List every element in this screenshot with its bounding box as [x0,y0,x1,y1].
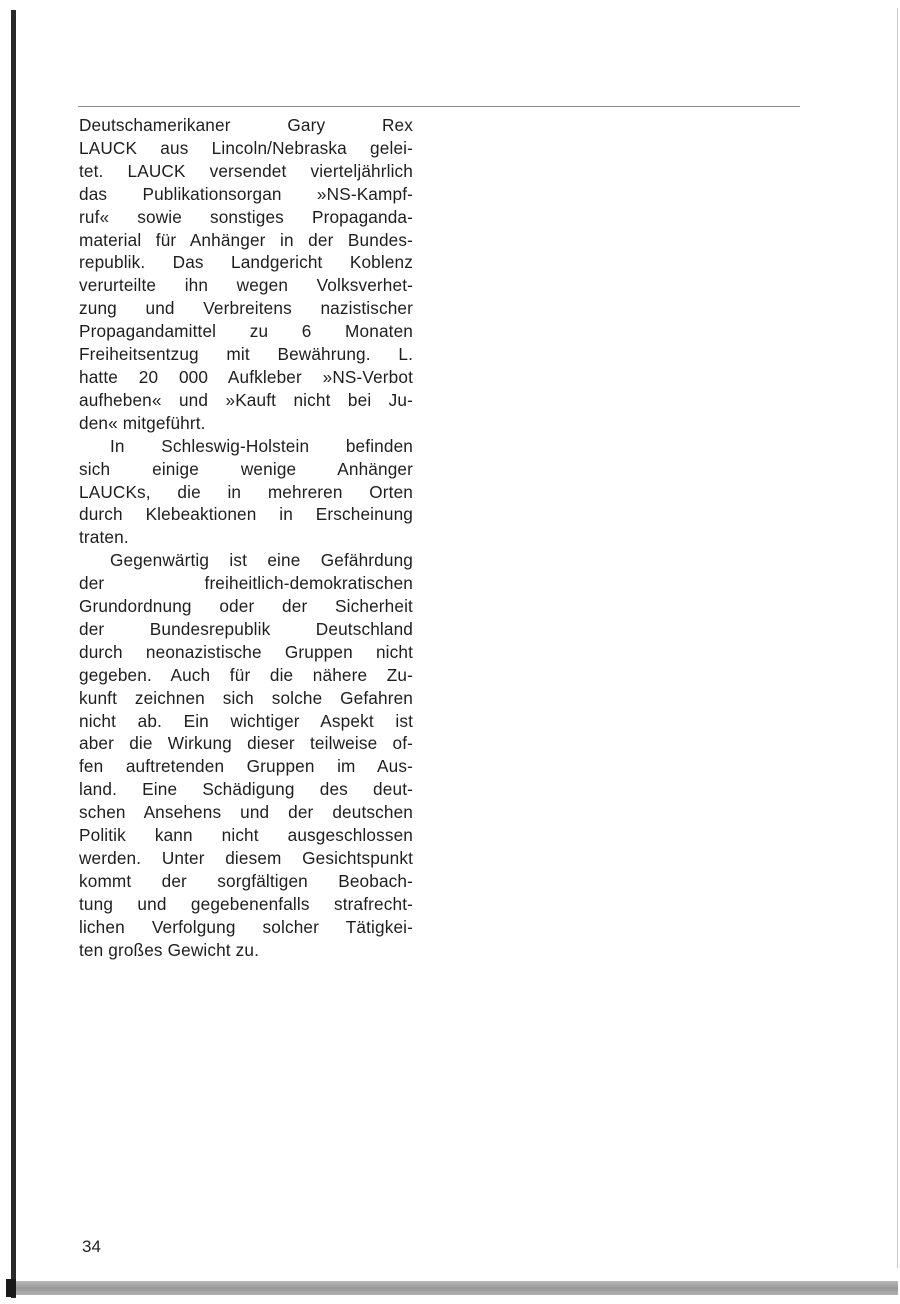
text-line: werden. Unter diesem Gesichtspunkt [79,847,413,870]
text-line: durch neonazistische Gruppen nicht [79,641,413,664]
text-line: hatte 20 000 Aufkleber »NS-Verbot [79,366,413,389]
text-line: tung und gegebenenfalls strafrecht- [79,893,413,916]
page-right-edge [897,8,898,1268]
text-line: schen Ansehens und der deutschen [79,801,413,824]
text-column: Deutschamerikaner Gary Rex LAUCK aus Lin… [79,114,413,962]
text-line: ruf« sowie sonstiges Propaganda- [79,206,413,229]
text-line: der freiheitlich-demokratischen [79,572,413,595]
text-line: verurteilte ihn wegen Volksverhet- [79,274,413,297]
text-line: zung und Verbreitens nazistischer [79,297,413,320]
text-line: lichen Verfolgung solcher Tätigkei- [79,916,413,939]
text-line: republik. Das Landgericht Koblenz [79,251,413,274]
text-line: Propagandamittel zu 6 Monaten [79,320,413,343]
text-line: gegeben. Auch für die nähere Zu- [79,664,413,687]
text-line: material für Anhänger in der Bundes- [79,229,413,252]
page-binding-edge [11,10,16,1298]
text-line: Gegenwärtig ist eine Gefährdung [79,549,413,572]
header-rule [78,106,800,107]
text-line: fen auftretenden Gruppen im Aus- [79,755,413,778]
paragraph-assessment: Gegenwärtig ist eine Gefährdung der frei… [79,549,413,961]
text-line: Freiheitsentzug mit Bewährung. L. [79,343,413,366]
text-line: aber die Wirkung dieser teilweise of- [79,732,413,755]
text-line: Grundordnung oder der Sicherheit [79,595,413,618]
text-line: land. Eine Schädigung des deut- [79,778,413,801]
paragraph-schleswig-holstein: In Schleswig-Holstein befinden sich eini… [79,435,413,550]
page-number: 34 [82,1237,101,1257]
text-line: den« mitgeführt. [79,412,413,435]
text-line: der Bundesrepublik Deutschland [79,618,413,641]
text-line: Politik kann nicht ausgeschlossen [79,824,413,847]
paragraph-lauck: Deutschamerikaner Gary Rex LAUCK aus Lin… [79,114,413,435]
text-line: LAUCKs, die in mehreren Orten [79,481,413,504]
text-line: sich einige wenige Anhänger [79,458,413,481]
page-bottom-edge [6,1281,898,1295]
text-line: kommt der sorgfältigen Beobach- [79,870,413,893]
text-line: LAUCK aus Lincoln/Nebraska gelei- [79,137,413,160]
text-line: tet. LAUCK versendet vierteljährlich [79,160,413,183]
text-line: durch Klebeaktionen in Erscheinung [79,503,413,526]
page-corner-mark [6,1279,16,1297]
text-line: nicht ab. Ein wichtiger Aspekt ist [79,710,413,733]
text-line: traten. [79,526,413,549]
text-line: das Publikationsorgan »NS-Kampf- [79,183,413,206]
text-line: kunft zeichnen sich solche Gefahren [79,687,413,710]
text-line: ten großes Gewicht zu. [79,939,413,962]
text-line: In Schleswig-Holstein befinden [79,435,413,458]
text-line: Deutschamerikaner Gary Rex [79,114,413,137]
text-line: aufheben« und »Kauft nicht bei Ju- [79,389,413,412]
